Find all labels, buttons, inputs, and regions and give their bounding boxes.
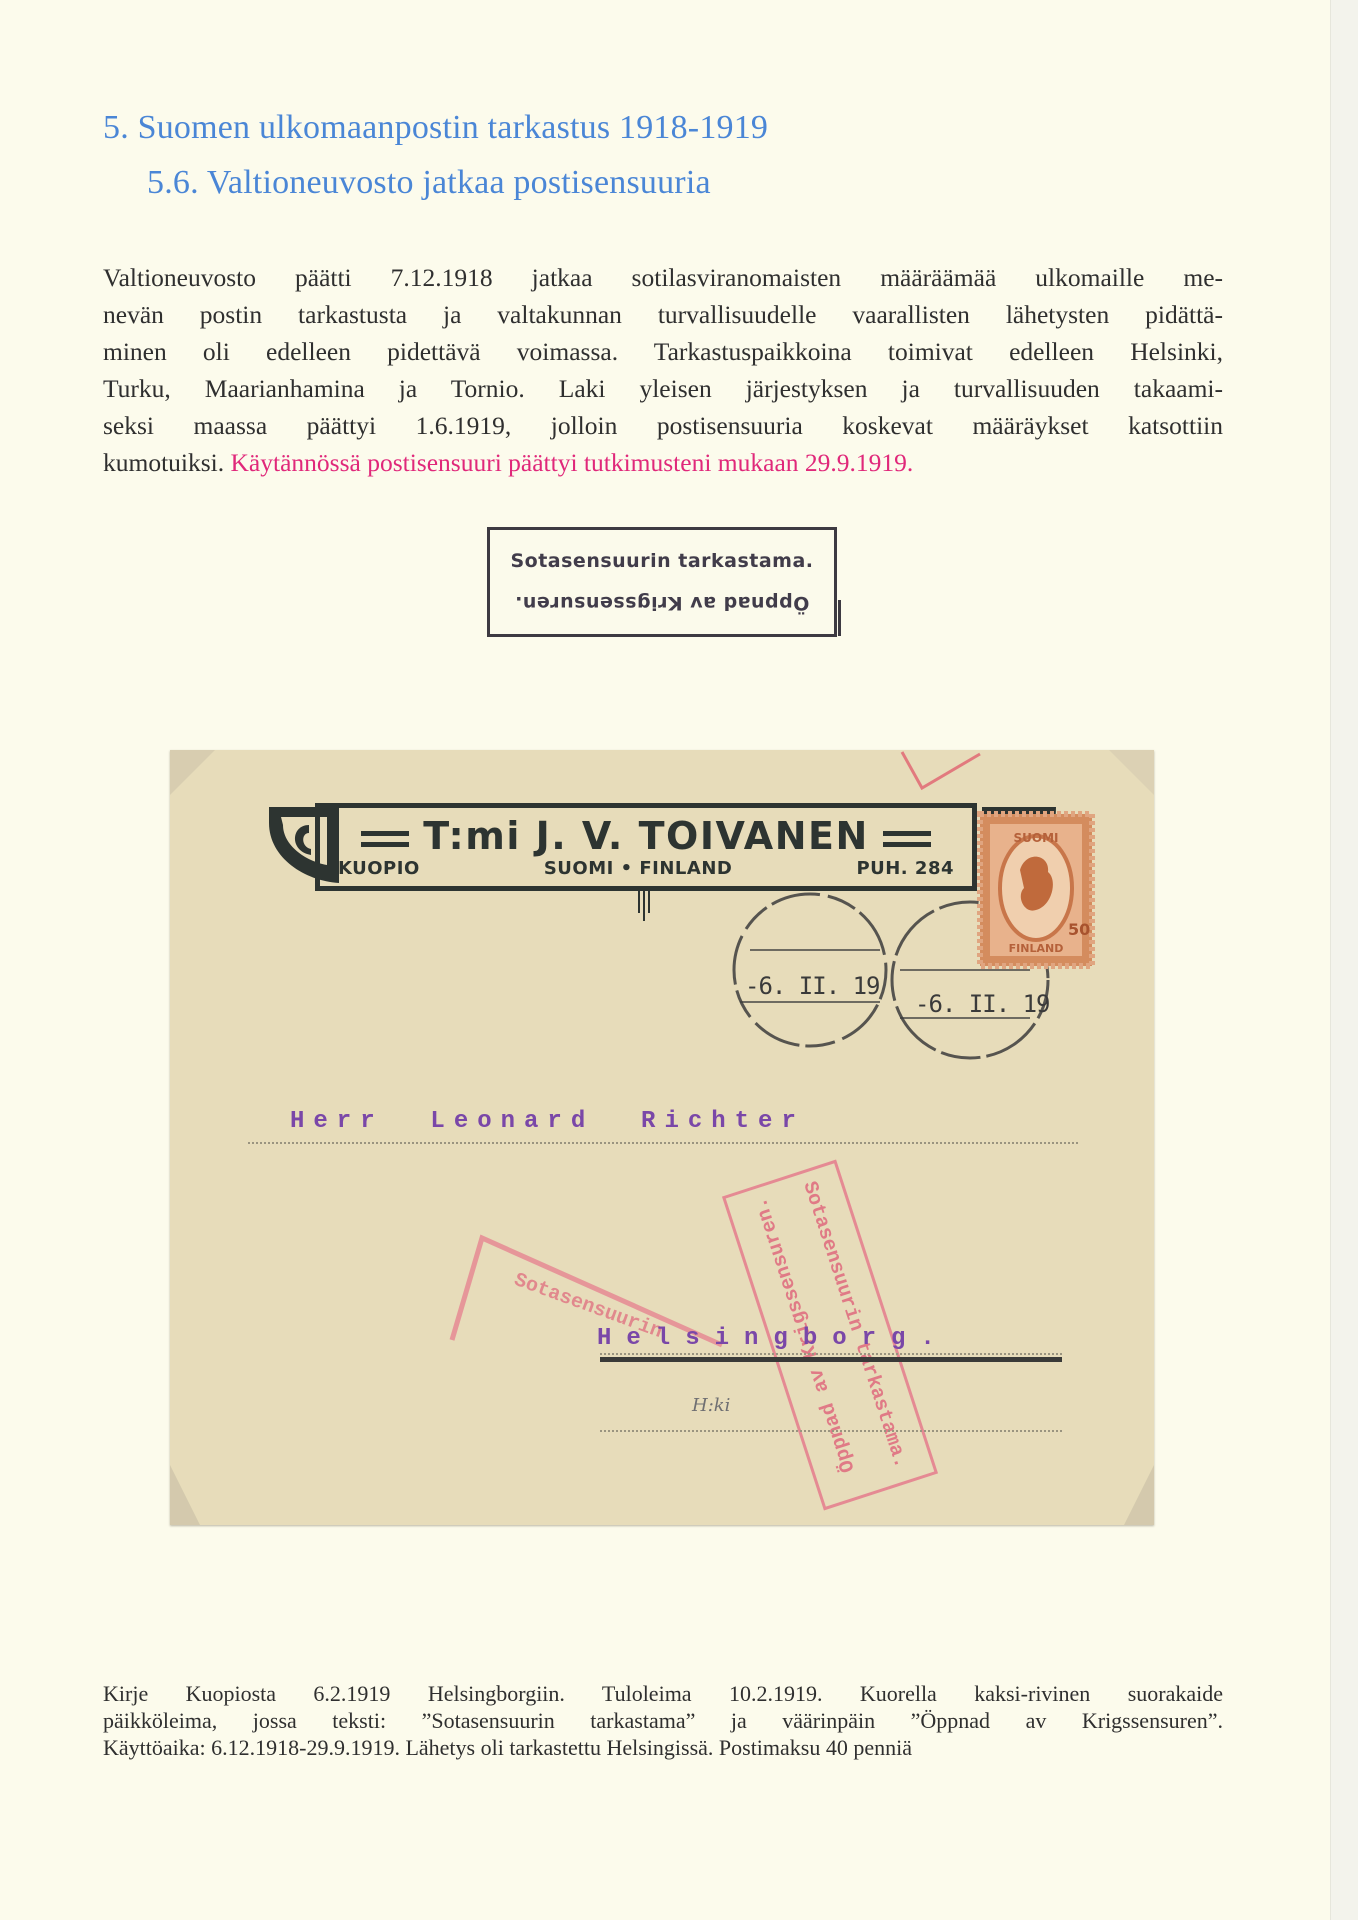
address-dotted-line [600,1353,1062,1355]
double-bar-icon [883,831,931,847]
censor-stamp-line1: Sotasensuurin tarkastama. [490,550,834,572]
intro-plain-text: kumotuiksi. [103,448,231,477]
pencil-note: H:ki [692,1395,730,1416]
intro-last-line: kumotuiksi. Käytännössä postisensuuri pä… [103,444,1223,481]
letterhead-title: T:mi J. V. TOIVANEN [320,814,972,858]
postage-stamp: SUOMI FINLAND 50 [976,810,1096,970]
destination-city: Helsingborg. [597,1325,950,1352]
section-heading: 5.6. Valtioneuvosto jatkaa postisensuuri… [147,163,711,203]
postmark-date: -6. II. 19 [915,990,1050,1018]
red-corner-mark [900,750,990,795]
censor-stamp-line2-inverted: Öppnad av Krigssensuren. [490,592,834,614]
letterhead-stem-ornament [638,891,650,913]
caption-line: päikköleima, jossa teksti: ”Sotasensuuri… [103,1707,1223,1734]
envelope-corner [170,1465,200,1525]
underline-bar [600,1357,1062,1362]
intro-line: nevän postin tarkastusta ja valtakunnan … [103,296,1223,333]
envelope-cover: T:mi J. V. TOIVANEN KUOPIO SUOMI • FINLA… [170,750,1154,1525]
letterhead-city: KUOPIO [338,858,420,879]
intro-line: Valtioneuvosto päätti 7.12.1918 jatkaa s… [103,259,1223,296]
addressee-name: Herr Leonard Richter [290,1108,805,1135]
intro-line: seksi maassa päättyi 1.6.1919, jolloin p… [103,407,1223,444]
address-dotted-line [600,1430,1062,1432]
page-edge [1330,0,1358,1920]
stamp-value: 50 [1068,920,1090,939]
envelope-corner [1109,750,1154,795]
letterhead-phone: PUH. 284 [856,858,954,879]
censor-stamp-illustration: Sotasensuurin tarkastama. Öppnad av Krig… [487,527,837,637]
address-dotted-line [248,1142,1078,1144]
intro-paragraph: Valtioneuvosto päätti 7.12.1918 jatkaa s… [103,259,1223,481]
letterhead-country: SUOMI • FINLAND [544,858,733,879]
intro-line: minen oli edelleen pidettävä voimassa. T… [103,333,1223,370]
stamp-country: SUOMI [1014,831,1059,845]
intro-line: Turku, Maarianhamina ja Tornio. Laki yle… [103,370,1223,407]
envelope-corner [1124,1465,1154,1525]
chapter-heading: 5. Suomen ulkomaanpostin tarkastus 1918-… [103,108,768,148]
lion-stamp-icon: SUOMI FINLAND [976,810,1096,970]
svg-text:FINLAND: FINLAND [1009,942,1064,955]
caption-line: Kirje Kuopiosta 6.2.1919 Helsingborgiin.… [103,1680,1223,1707]
intro-highlight-text: Käytännössä postisensuuri päättyi tutkim… [231,448,914,477]
envelope-corner [170,750,215,795]
caption-line: Käyttöaika: 6.12.1918-29.9.1919. Lähetys… [103,1734,1223,1761]
double-bar-icon [361,831,409,847]
postmark-date: -6. II. 19 [745,972,880,1000]
letterhead-frame: T:mi J. V. TOIVANEN KUOPIO SUOMI • FINLA… [315,803,977,891]
letterhead-name: T:mi J. V. TOIVANEN [423,814,869,858]
caption-paragraph: Kirje Kuopiosta 6.2.1919 Helsingborgiin.… [103,1680,1223,1761]
letterhead-subline: KUOPIO SUOMI • FINLAND PUH. 284 [338,858,954,879]
